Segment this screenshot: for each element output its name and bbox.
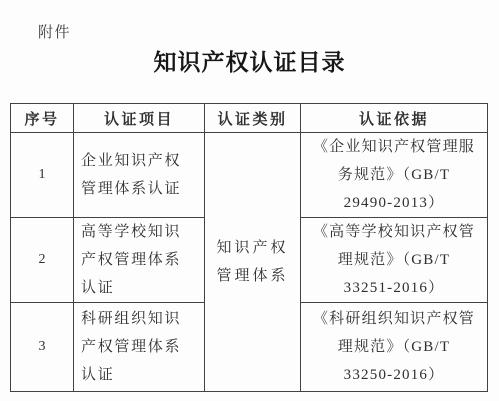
project-cell: 科研组织知识 产权管理体系 认证 bbox=[74, 303, 205, 392]
project-line: 产权管理体系 bbox=[81, 246, 204, 274]
basis-line: 《企业知识产权管理服 bbox=[301, 133, 487, 161]
page-title: 知识产权认证目录 bbox=[0, 44, 499, 77]
basis-line: 33250-2016） bbox=[301, 361, 487, 389]
certification-table: 序号 认证项目 认证类别 认证依据 1 企业知识产权 管理体系认证 知识产权 管… bbox=[10, 103, 488, 392]
column-header-basis: 认证依据 bbox=[301, 104, 488, 133]
basis-cell: 《科研组织知识产权管 理规范》（GB/T 33250-2016） bbox=[301, 303, 488, 392]
category-cell: 知识产权 管理体系 bbox=[205, 133, 301, 392]
table-header-row: 序号 认证项目 认证类别 认证依据 bbox=[11, 104, 488, 133]
basis-cell: 《企业知识产权管理服 务规范》（GB/T 29490-2013） bbox=[301, 133, 488, 218]
project-line: 认证 bbox=[81, 361, 204, 389]
project-line: 管理体系认证 bbox=[81, 175, 204, 203]
column-header-category: 认证类别 bbox=[205, 104, 301, 133]
attachment-label: 附件 bbox=[38, 21, 71, 42]
basis-line: 理规范》（GB/T bbox=[301, 333, 487, 361]
basis-line: 29490-2013） bbox=[301, 189, 487, 217]
category-line: 管理体系 bbox=[205, 262, 300, 290]
basis-line: 《科研组织知识产权管 bbox=[301, 305, 487, 333]
column-header-project: 认证项目 bbox=[74, 104, 205, 133]
basis-line: 理规范》（GB/T bbox=[301, 246, 487, 274]
project-line: 认证 bbox=[81, 274, 204, 302]
project-line: 产权管理体系 bbox=[81, 333, 204, 361]
project-cell: 高等学校知识 产权管理体系 认证 bbox=[74, 218, 205, 303]
basis-line: 33251-2016） bbox=[301, 274, 487, 302]
basis-cell: 《高等学校知识产权管 理规范》（GB/T 33251-2016） bbox=[301, 218, 488, 303]
column-header-serial: 序号 bbox=[11, 104, 74, 133]
basis-line: 务规范》（GB/T bbox=[301, 161, 487, 189]
table-row: 1 企业知识产权 管理体系认证 知识产权 管理体系 《企业知识产权管理服 务规范… bbox=[11, 133, 488, 218]
basis-line: 《高等学校知识产权管 bbox=[301, 218, 487, 246]
project-line: 科研组织知识 bbox=[81, 305, 204, 333]
serial-cell: 2 bbox=[11, 218, 74, 303]
project-cell: 企业知识产权 管理体系认证 bbox=[74, 133, 205, 218]
project-line: 高等学校知识 bbox=[81, 218, 204, 246]
category-line: 知识产权 bbox=[205, 234, 300, 262]
serial-cell: 3 bbox=[11, 303, 74, 392]
project-line: 企业知识产权 bbox=[81, 147, 204, 175]
serial-cell: 1 bbox=[11, 133, 74, 218]
